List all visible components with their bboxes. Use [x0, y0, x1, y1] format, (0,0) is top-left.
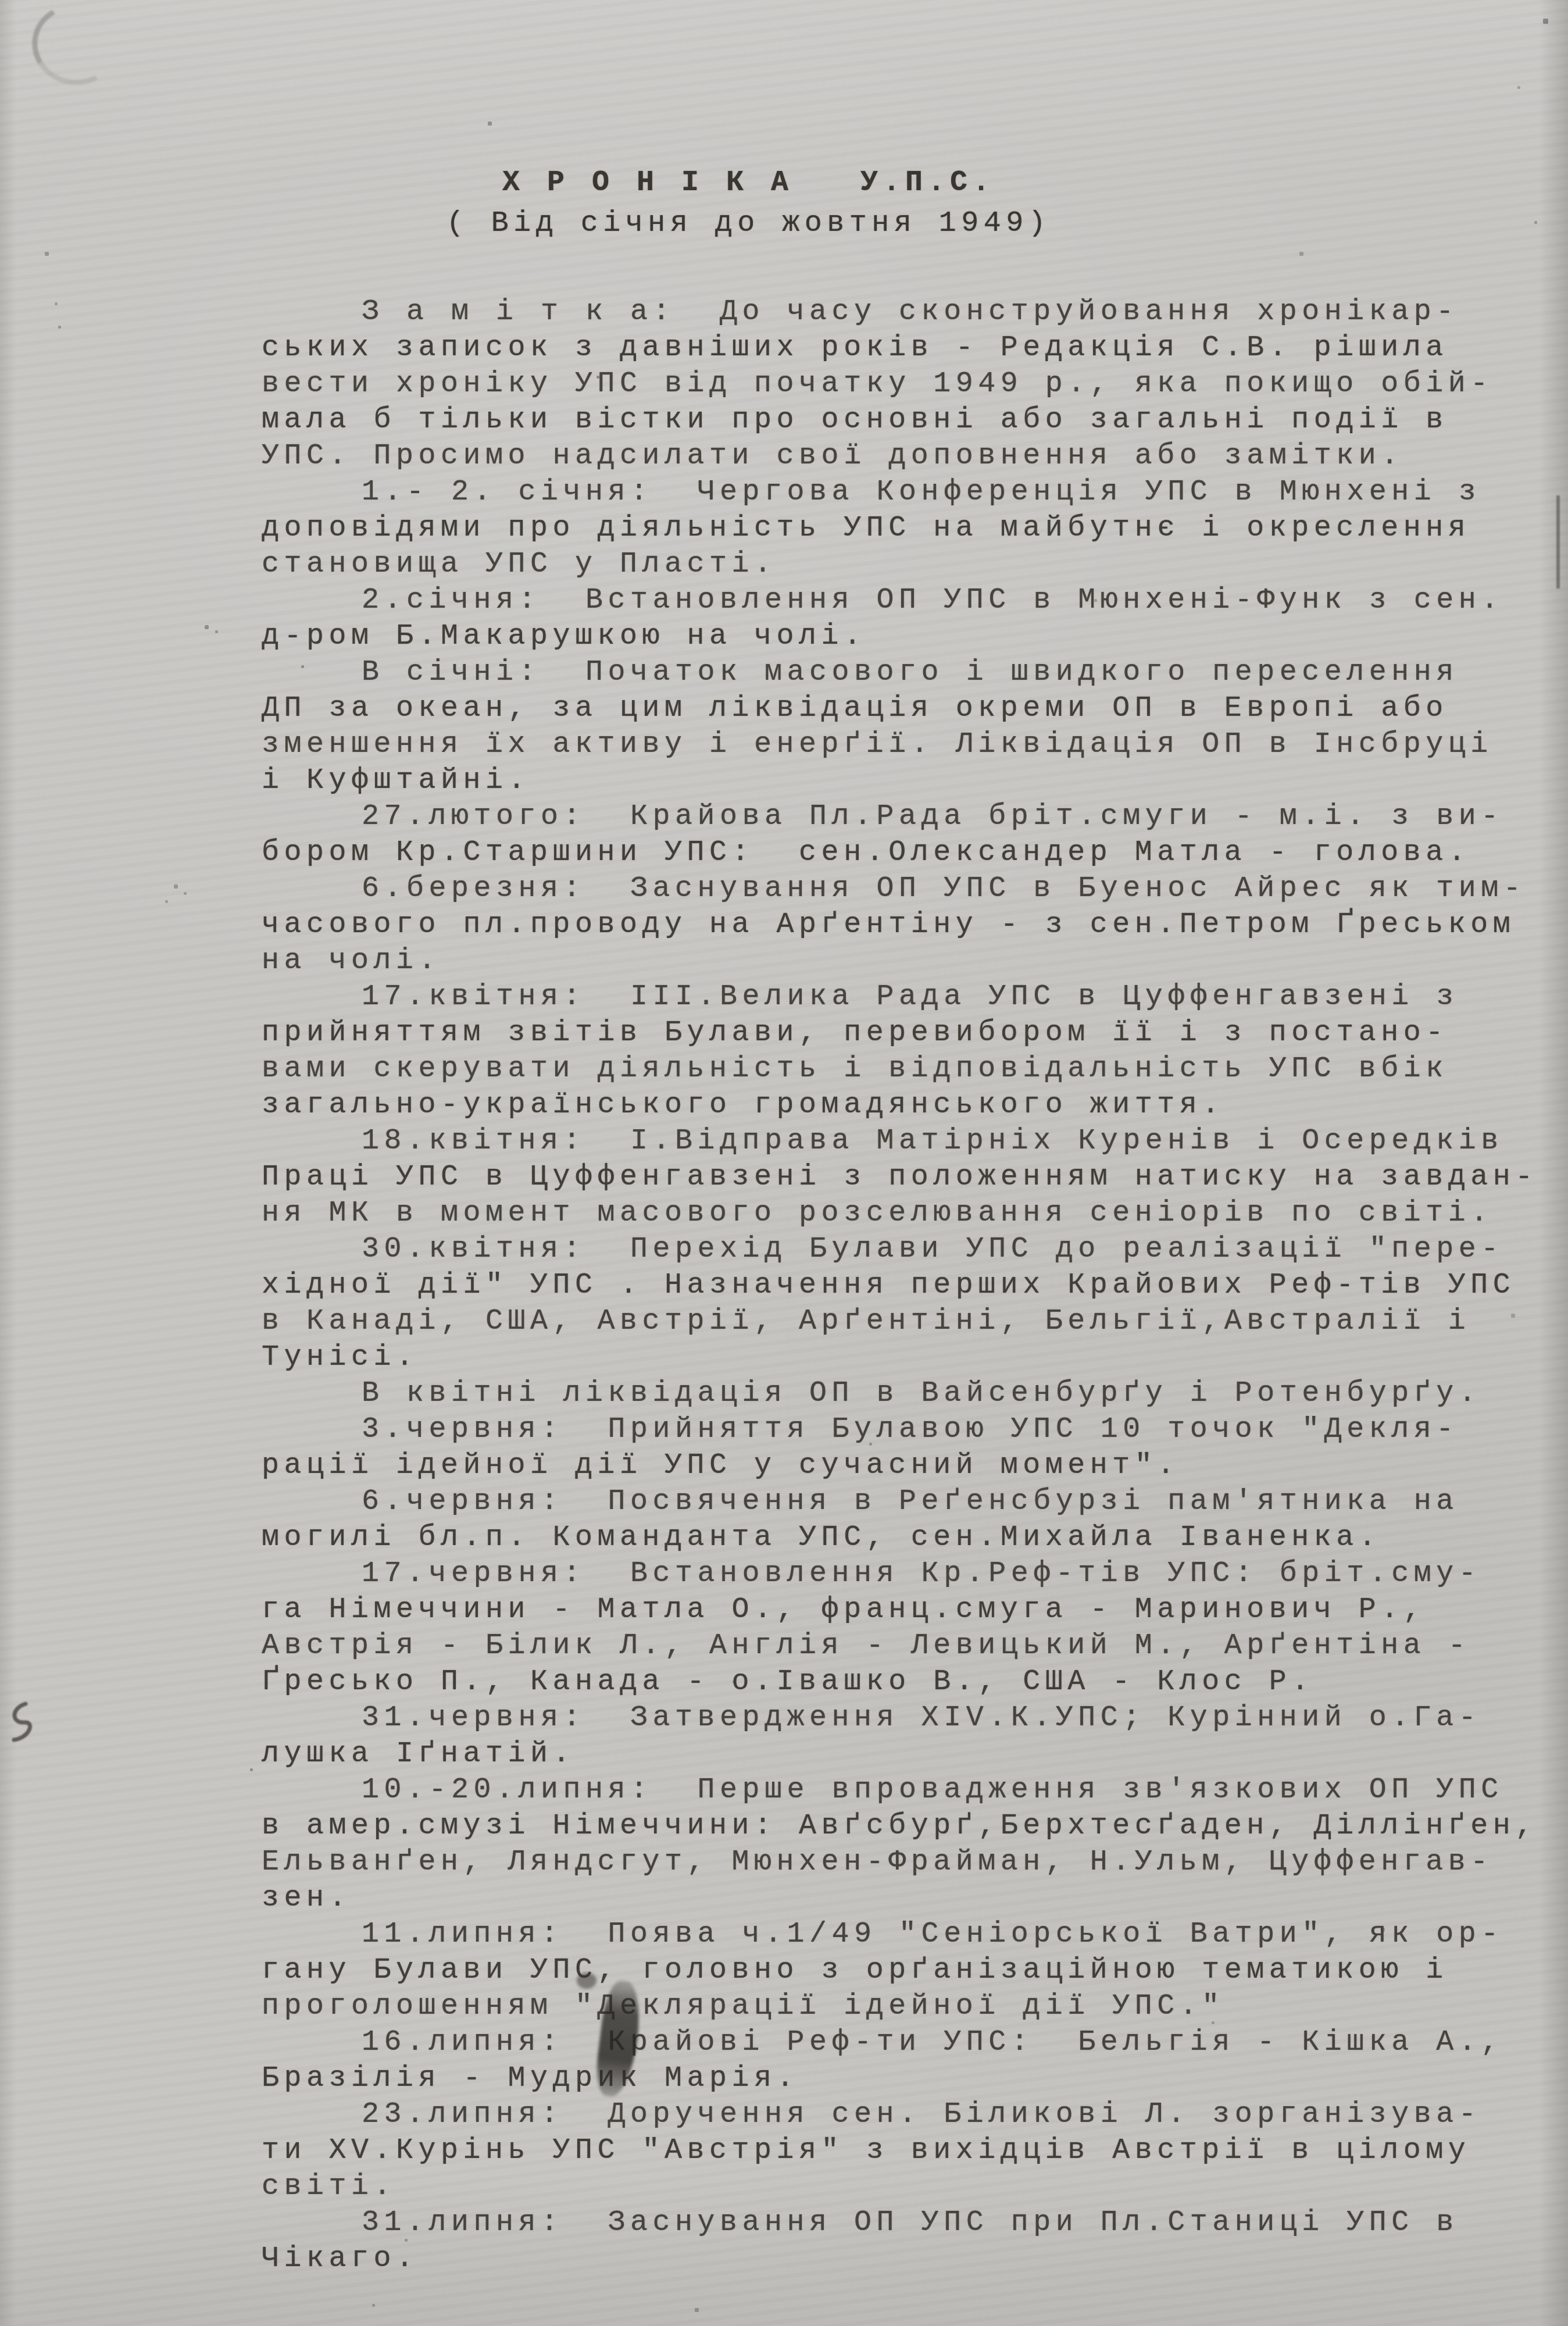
text-line: рації ідейної дії УПС у сучасний момент"…	[262, 1448, 1549, 1484]
text-line: ських записок з давніших років - Редакці…	[262, 330, 1549, 366]
text-line: гану Булави УПС, головно з орґанізаційно…	[262, 1953, 1549, 1989]
title-gap	[262, 244, 1549, 294]
paragraph: В квітні ліквідація ОП в Вайсенбурґу і Р…	[262, 1376, 1549, 1412]
text-line: світі.	[262, 2169, 1549, 2205]
text-line: лушка Іґнатій.	[262, 1736, 1549, 1772]
paragraph: 16.липня: Крайові Реф-ти УПС: Бельгія - …	[262, 2025, 1549, 2097]
paragraph: 3.червня: Прийняття Булавою УПС 10 точок…	[262, 1412, 1549, 1484]
paragraph: 17.червня: Встановлення Кр.Реф-тів УПС: …	[262, 1556, 1549, 1700]
text-line: загально-українського громадянського жит…	[262, 1087, 1549, 1123]
text-line: 31.липня: Заснування ОП УПС при Пл.Стани…	[262, 2205, 1549, 2241]
page-title: Х Р О Н І К А У.П.С.	[262, 163, 1549, 204]
text-line: В квітні ліквідація ОП в Вайсенбурґу і Р…	[262, 1376, 1549, 1412]
paragraph: В січні: Початок масового і швидкого пер…	[262, 655, 1549, 799]
paper-specks	[0, 0, 1, 1]
text-line: Тунісі.	[262, 1340, 1549, 1376]
text-line: 27.лютого: Крайова Пл.Рада бріт.смуги - …	[262, 799, 1549, 835]
paragraph: 10.-20.липня: Перше впровадження зв'язко…	[262, 1772, 1549, 1917]
page-subtitle: ( Від січня до жовтня 1949)	[262, 204, 1549, 244]
text-line: 17.квітня: III.Велика Рада УПС в Цуффенг…	[262, 979, 1549, 1015]
paragraph: З а м і т к а: До часу сконструйовання х…	[262, 294, 1549, 475]
text-line: вести хроніку УПС від початку 1949 р., я…	[262, 366, 1549, 402]
corner-arc-mark	[23, 0, 127, 95]
text-line: в Канаді, США, Австрії, Арґентіні, Бельг…	[262, 1304, 1549, 1340]
paragraph: 11.липня: Поява ч.1/49 "Сеніорської Ватр…	[262, 1917, 1549, 2025]
text-line: В січні: Початок масового і швидкого пер…	[262, 655, 1549, 691]
text-line: 11.липня: Поява ч.1/49 "Сеніорської Ватр…	[262, 1917, 1549, 1953]
text-line: становища УПС у Пласті.	[262, 547, 1549, 583]
paragraph: 6.березня: Заснування ОП УПС в Буенос Ай…	[262, 871, 1549, 979]
paragraph: 18.квітня: I.Відправа Матірніх Куренів і…	[262, 1123, 1549, 1232]
text-line: Ельванґен, Ляндсгут, Мюнхен-Фрайман, Н.У…	[262, 1845, 1549, 1881]
text-line: зен.	[262, 1881, 1549, 1917]
text-line: Праці УПС в Цуффенгавзені з положенням н…	[262, 1160, 1549, 1196]
paragraph: 27.лютого: Крайова Пл.Рада бріт.смуги - …	[262, 799, 1549, 871]
text-line: в амер.смузі Німеччини: Авґсбурґ,Берхтес…	[262, 1808, 1549, 1845]
text-line: доповідями про діяльність УПС на майбутн…	[262, 511, 1549, 547]
body-text: З а м і т к а: До часу сконструйовання х…	[262, 294, 1549, 2277]
text-line: і Куфштайні.	[262, 763, 1549, 799]
paragraph: 30.квітня: Перехід Булави УПС до реаліза…	[262, 1232, 1549, 1376]
text-line: часового пл.проводу на Арґентіну - з сен…	[262, 907, 1549, 943]
text-line: 6.червня: Посвячення в Реґенсбурзі пам'я…	[262, 1484, 1549, 1520]
text-line: Ґресько П., Канада - о.Івашко В., США - …	[262, 1664, 1549, 1700]
text-line: на чолі.	[262, 943, 1549, 979]
text-line: 2.січня: Встановлення ОП УПС в Мюнхені-Ф…	[262, 583, 1549, 619]
text-line: зменшення їх активу і енерґії. Ліквідаці…	[262, 727, 1549, 763]
text-line: га Німеччини - Матла О., франц.смуга - М…	[262, 1592, 1549, 1628]
paragraph: 1.- 2. січня: Чергова Конференція УПС в …	[262, 475, 1549, 583]
text-line: 10.-20.липня: Перше впровадження зв'язко…	[262, 1772, 1549, 1808]
text-line: 17.червня: Встановлення Кр.Реф-тів УПС: …	[262, 1556, 1549, 1592]
text-line: бором Кр.Старшини УПС: сен.Олександер Ма…	[262, 835, 1549, 871]
text-line: 3.червня: Прийняття Булавою УПС 10 точок…	[262, 1412, 1549, 1448]
text-column: Х Р О Н І К А У.П.С. ( Від січня до жовт…	[262, 163, 1549, 2277]
text-line: могилі бл.п. Команданта УПС, сен.Михайла…	[262, 1520, 1549, 1556]
text-line: вами скерувати діяльність і відповідальн…	[262, 1051, 1549, 1087]
text-line: мала б тільки вістки про основні або заг…	[262, 402, 1549, 438]
text-line: д-ром Б.Макарушкою на чолі.	[262, 619, 1549, 655]
text-line: Бразілія - Мудрик Марія.	[262, 2061, 1549, 2097]
text-line: 18.квітня: I.Відправа Матірніх Куренів і…	[262, 1123, 1549, 1160]
paragraph: 31.червня: Затвердження XIV.К.УПС; Курін…	[262, 1700, 1549, 1772]
text-line: ня МК в момент масового розселювання сен…	[262, 1196, 1549, 1232]
text-line: 31.червня: Затвердження XIV.К.УПС; Курін…	[262, 1700, 1549, 1736]
text-line: ДП за океан, за цим ліквідація окреми ОП…	[262, 691, 1549, 727]
margin-pencil-mark	[6, 1700, 36, 1750]
text-line: проголошенням "Деклярації ідейної дії УП…	[262, 1989, 1549, 2025]
text-line: УПС. Просимо надсилати свої доповнення а…	[262, 438, 1549, 475]
text-line: З а м і т к а: До часу сконструйовання х…	[262, 294, 1549, 330]
paragraph: 23.липня: Доручення сен. Біликові Л. зор…	[262, 2097, 1549, 2205]
paragraph: 2.січня: Встановлення ОП УПС в Мюнхені-Ф…	[262, 583, 1549, 655]
text-line: 30.квітня: Перехід Булави УПС до реаліза…	[262, 1232, 1549, 1268]
text-line: Австрія - Білик Л., Англія - Левицький М…	[262, 1628, 1549, 1664]
text-line: прийняттям звітів Булави, перевибором її…	[262, 1015, 1549, 1051]
text-line: Чікаго.	[262, 2241, 1549, 2277]
scan-edge-mark	[1556, 495, 1560, 588]
text-line: хідної дії" УПС . Назначення перших Край…	[262, 1268, 1549, 1304]
paragraph: 31.липня: Заснування ОП УПС при Пл.Стани…	[262, 2205, 1549, 2277]
text-line: 6.березня: Заснування ОП УПС в Буенос Ай…	[262, 871, 1549, 907]
paragraph: 17.квітня: III.Велика Рада УПС в Цуффенг…	[262, 979, 1549, 1123]
text-line: 23.липня: Доручення сен. Біликові Л. зор…	[262, 2097, 1549, 2133]
text-line: ти XV.Курінь УПС "Австрія" з вихідців Ав…	[262, 2133, 1549, 2169]
paragraph: 6.червня: Посвячення в Реґенсбурзі пам'я…	[262, 1484, 1549, 1556]
text-line: 16.липня: Крайові Реф-ти УПС: Бельгія - …	[262, 2025, 1549, 2061]
text-line: 1.- 2. січня: Чергова Конференція УПС в …	[262, 475, 1549, 511]
